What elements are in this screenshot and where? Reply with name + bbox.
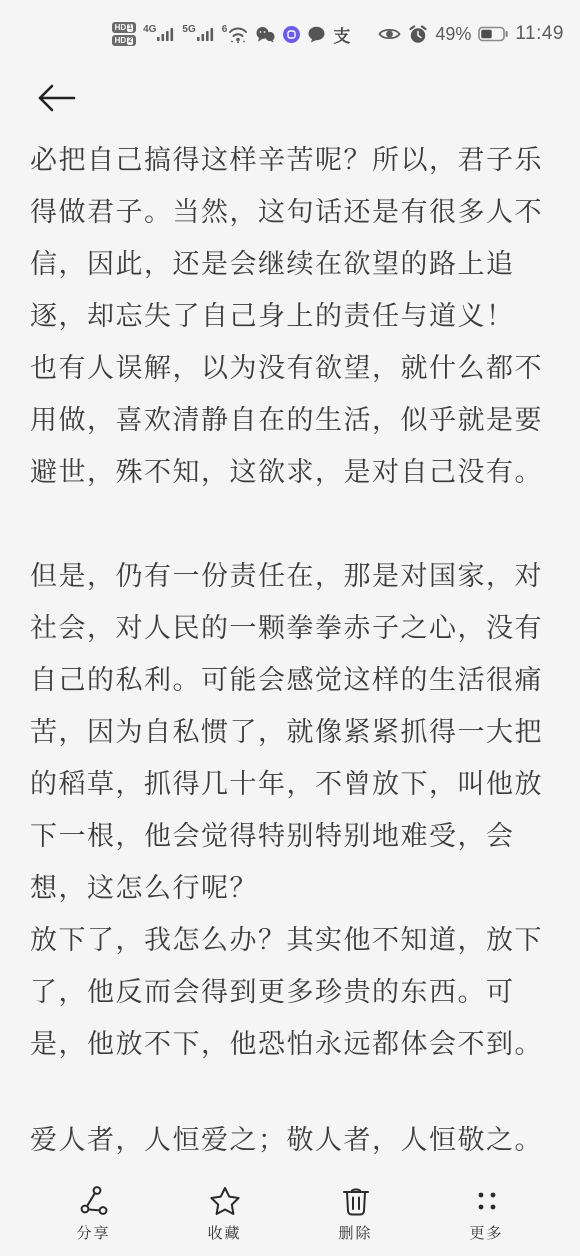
text-line: 是，他放不下，他恐怕永远都体会不到。 [30, 1018, 554, 1070]
wechat-icon [255, 26, 276, 43]
delete-label: 删除 [338, 1222, 372, 1243]
text-line: 想，这怎么行呢？ [30, 862, 554, 914]
more-dots-icon [472, 1184, 502, 1218]
text-line: 逐，却忘失了自己身上的责任与道义！ [30, 290, 554, 342]
eye-comfort-icon [378, 26, 401, 42]
back-arrow-icon [36, 81, 78, 115]
text-line: 放下了，我怎么办？其实他不知道，放下 [30, 914, 554, 966]
more-button[interactable]: 更多 [447, 1184, 527, 1243]
hd2-badge: HD2 [112, 35, 136, 46]
more-label: 更多 [469, 1222, 503, 1243]
alarm-clock-icon [408, 25, 428, 44]
battery-icon [478, 26, 508, 42]
text-line: 苦，因为自私惯了，就像紧紧抓得一大把 [30, 706, 554, 758]
text-line: 必把自己搞得这样辛苦呢？所以，君子乐 [30, 134, 554, 186]
status-bar: HD1 HD2 4G 5G 6 [0, 0, 580, 54]
share-button[interactable]: 分享 [54, 1184, 134, 1243]
status-right-group: 49% 11:49 [378, 23, 564, 45]
signal-5g-icon: 5G [182, 26, 214, 42]
text-line: 了，他反而会得到更多珍贵的东西。可 [30, 966, 554, 1018]
nav-bar [0, 54, 580, 120]
message-bubble-icon [307, 26, 326, 43]
text-line: 但是，仍有一份责任在，那是对国家，对 [30, 550, 554, 602]
trash-icon [341, 1184, 371, 1218]
share-icon [78, 1184, 110, 1218]
text-line: 得做君子。当然，这句话还是有很多人不 [30, 186, 554, 238]
text-line: 社会，对人民的一颗拳拳赤子之心，没有 [30, 602, 554, 654]
text-line: 自己的私利。可能会感觉这样的生活很痛 [30, 654, 554, 706]
bottom-toolbar: 分享 收藏 删除 [0, 1176, 580, 1256]
status-left-group: HD1 HD2 4G 5G 6 [112, 22, 351, 47]
wifi6-icon: 6 [222, 26, 249, 43]
signal-4g-icon: 4G [143, 26, 175, 42]
text-line: 用做，喜欢清静自在的生活，似乎就是要 [30, 394, 554, 446]
text-line: 也有人误解，以为没有欲望，就什么都不 [30, 342, 554, 394]
text-line: 信，因此，还是会继续在欲望的路上追 [30, 238, 554, 290]
clock-time: 11:49 [515, 23, 564, 45]
text-line: 避世，殊不知，这欲求，是对自己没有。 [30, 446, 554, 498]
text-line: 的稻草，抓得几十年，不曾放下，叫他放 [30, 758, 554, 810]
star-icon [208, 1184, 242, 1218]
favorite-label: 收藏 [207, 1222, 241, 1243]
delete-button[interactable]: 删除 [316, 1184, 396, 1243]
alipay-icon: 支 [333, 22, 350, 47]
text-line: 下一根，他会觉得特别特别地难受，会 [30, 810, 554, 862]
note-content: 必把自己搞得这样辛苦呢？所以，君子乐 得做君子。当然，这句话还是有很多人不 信，… [0, 120, 580, 1166]
hd-voice-badges: HD1 HD2 [112, 22, 136, 46]
share-label: 分享 [76, 1222, 110, 1243]
back-button[interactable] [36, 76, 84, 120]
text-line: 爱人者，人恒爱之；敬人者，人恒敬之。 [30, 1114, 554, 1166]
purple-app-icon [283, 26, 300, 43]
hd1-badge: HD1 [112, 22, 136, 33]
favorite-button[interactable]: 收藏 [185, 1184, 265, 1243]
battery-percent: 49% [435, 24, 471, 45]
